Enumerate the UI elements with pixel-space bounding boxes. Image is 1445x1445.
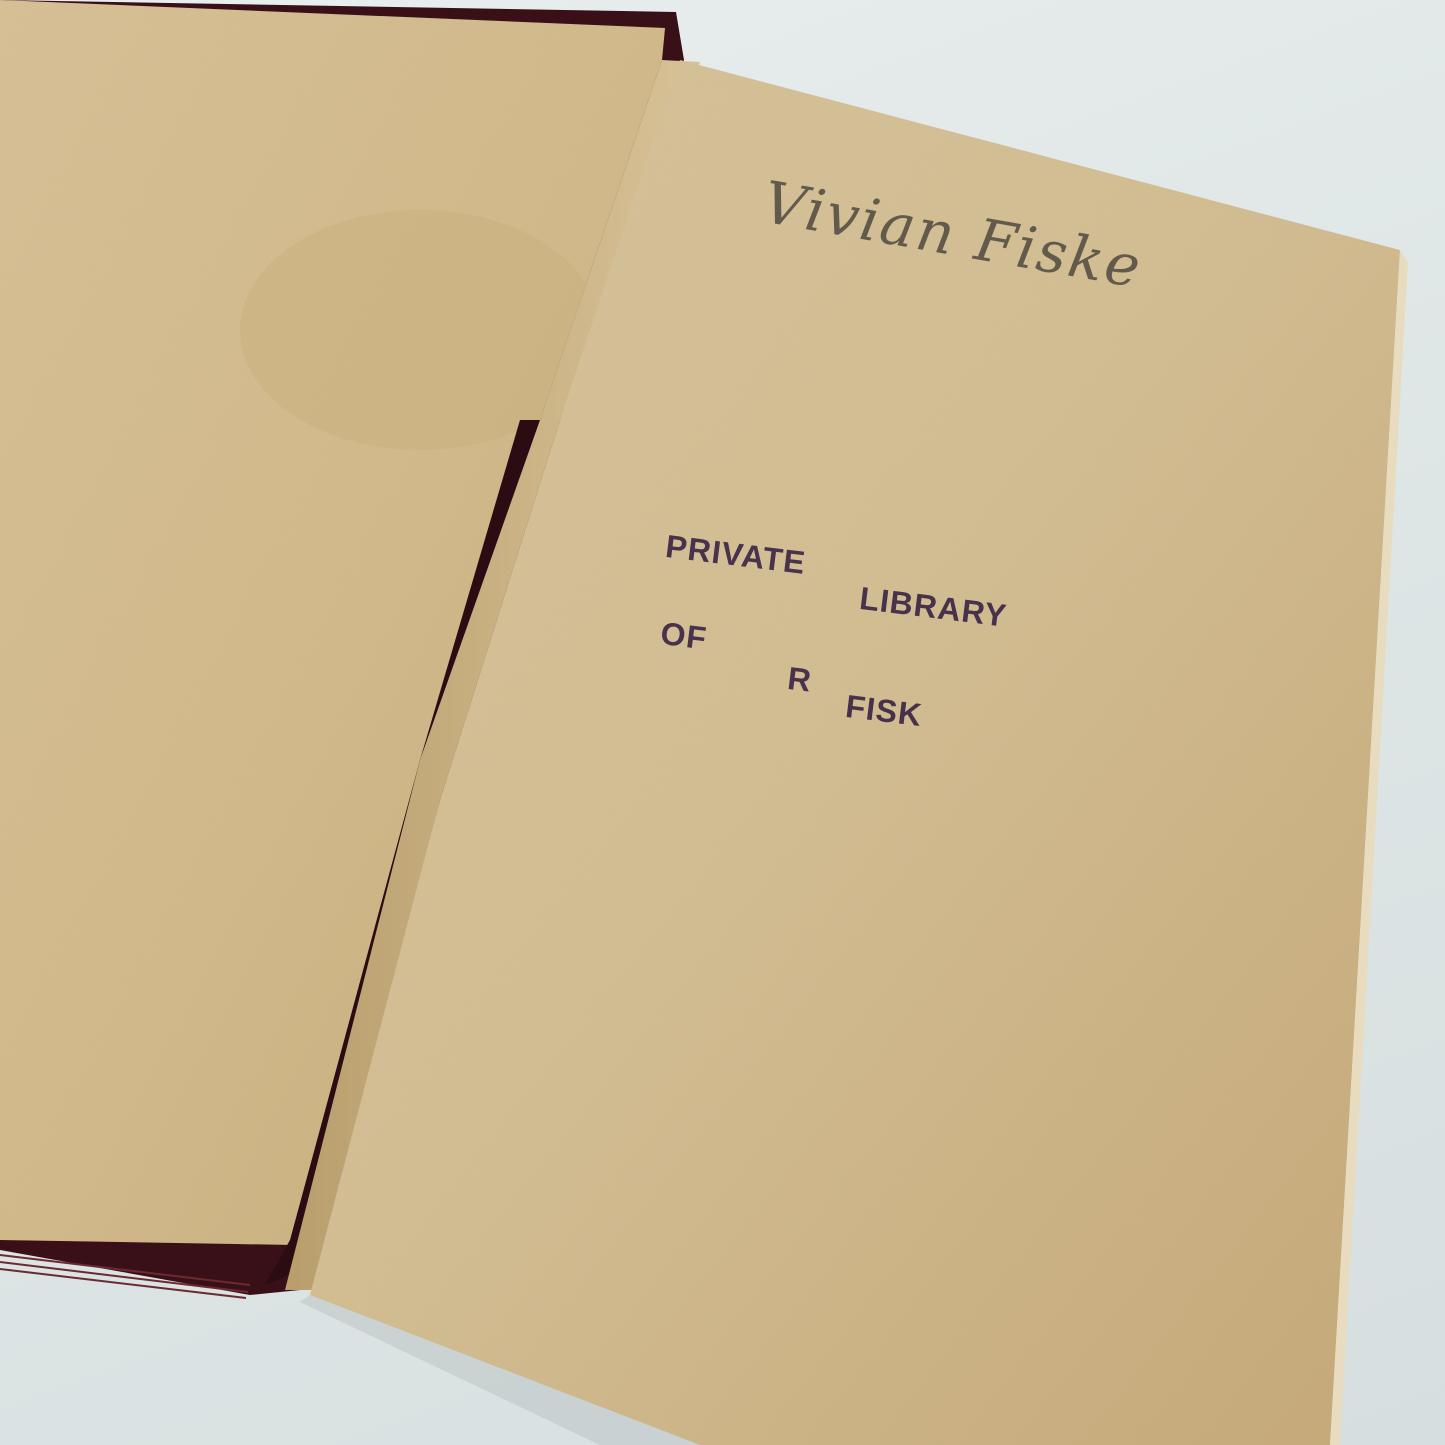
stamp-initial: R [785,660,813,700]
stamp-word-of: OF [658,615,709,657]
photo-scene: Vivian Fiske PRIVATE LIBRARY OF R FISK [0,0,1445,1445]
book-illustration [0,0,1445,1445]
